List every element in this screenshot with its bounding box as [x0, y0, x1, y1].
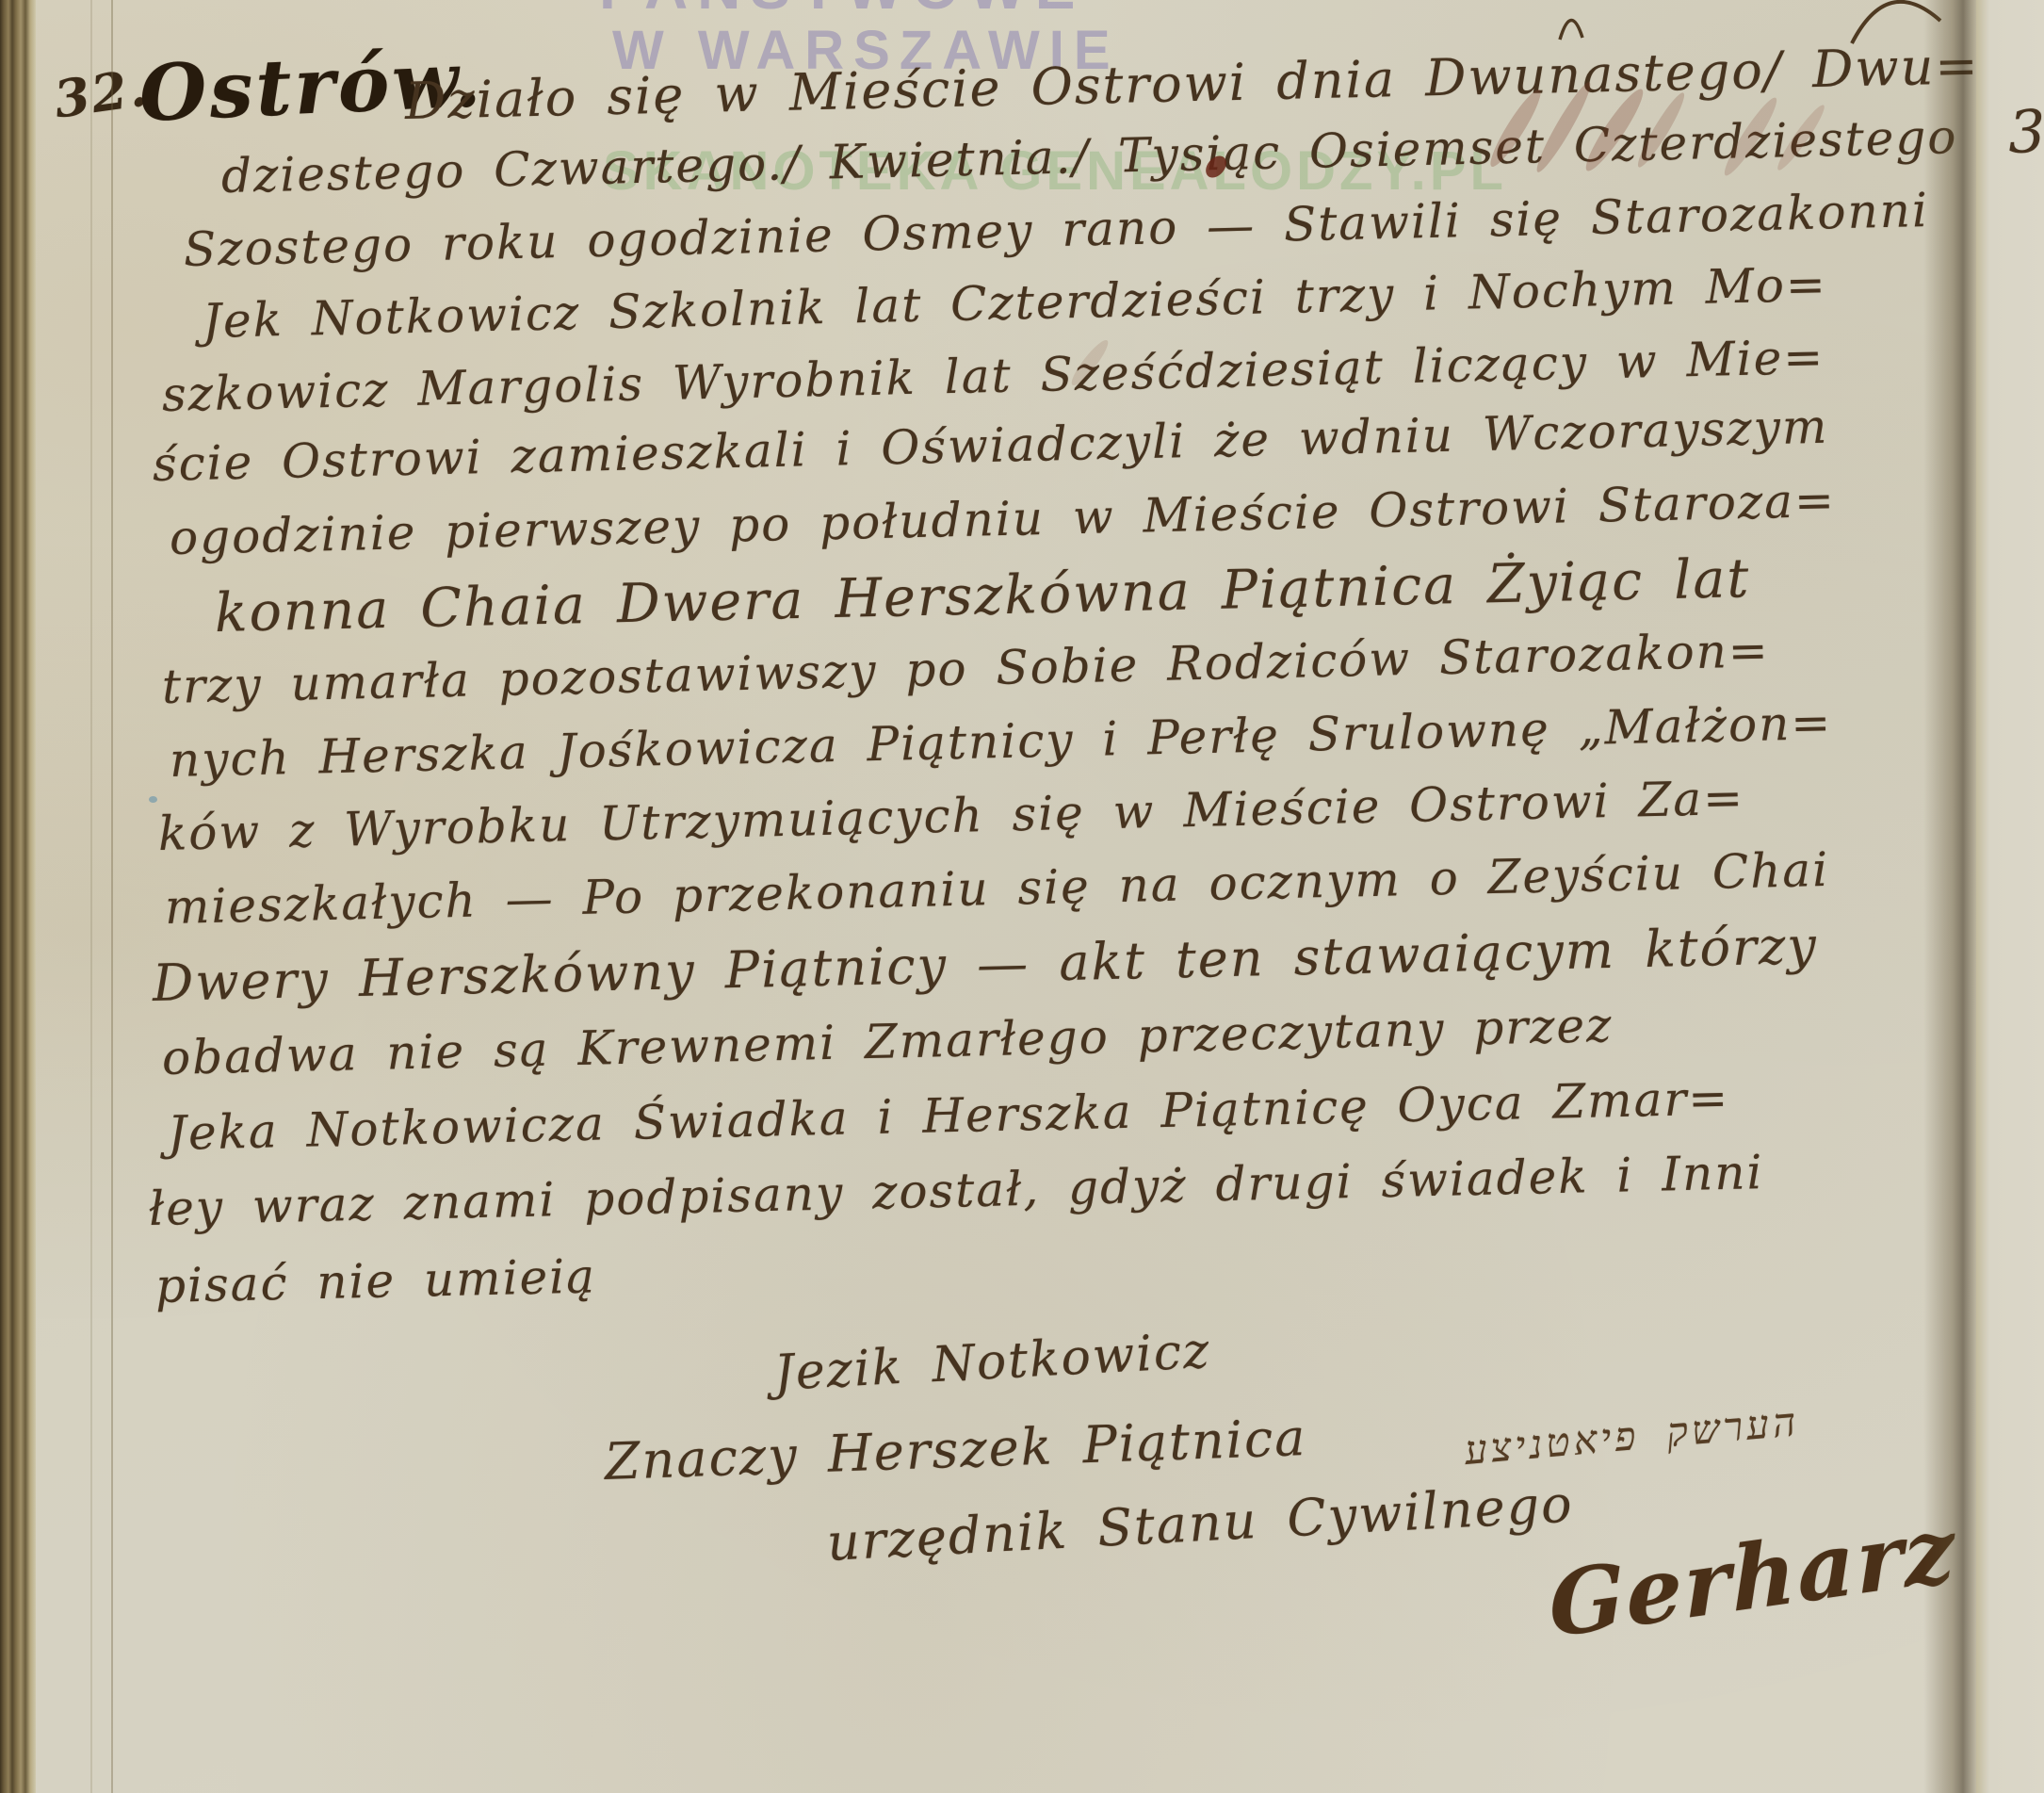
officiant-title: urzędnik Stanu Cywilnego — [825, 1475, 1575, 1573]
entry-number: 32. — [51, 57, 153, 129]
record-text-line: ków z Wyrobku Utrzymuiących się w Mieści… — [157, 771, 1744, 861]
scanned-register-page: PAŃSTWOWE W WARSZAWIE SKANOTEKA GENEALOD… — [0, 0, 2044, 1793]
hebrew-signature: הערשק פיאטניצע — [1463, 1398, 1802, 1475]
paper-speck-blue — [149, 796, 157, 803]
pen-flourish — [1552, 0, 1609, 43]
witness-signature: Jezik Notkowicz — [772, 1323, 1211, 1402]
page-fold-line — [111, 0, 113, 1793]
father-mark-caption: Znaczy Herszek Piątnica — [604, 1408, 1307, 1491]
record-text-line: łey wraz znami podpisany został, gdyż dr… — [148, 1145, 1764, 1236]
record-text-line: obadwa nie są Krewnemi Zmarłego przeczyt… — [161, 998, 1614, 1085]
page-gutter-shadow — [1923, 0, 1976, 1793]
book-binding — [0, 0, 36, 1793]
registrar-signature: Gerharz — [1548, 1497, 1957, 1658]
adjacent-page-entry-number: 3 — [2007, 97, 2044, 167]
record-text-line: Jeka Notkowicza Świadka i Herszka Piątni… — [167, 1070, 1729, 1161]
record-text-line: pisać nie umieią — [154, 1248, 596, 1313]
page-fold-line — [90, 0, 92, 1793]
adjacent-page-edge: 3 — [1976, 0, 2044, 1793]
